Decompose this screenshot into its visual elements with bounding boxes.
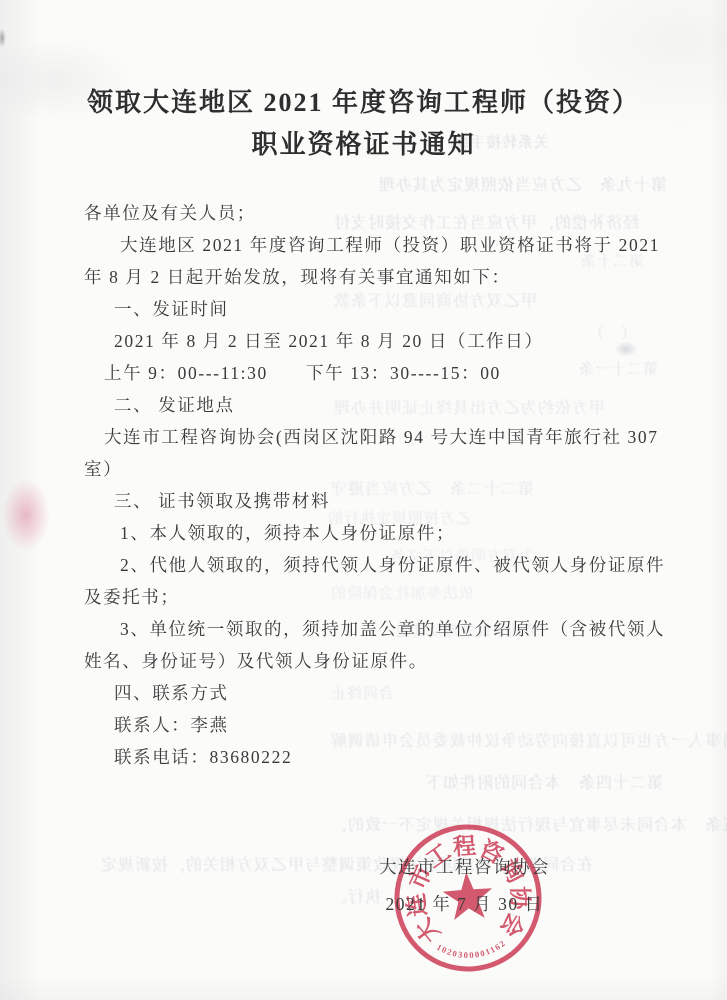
title-line-1: 领取大连地区 2021 年度咨询工程师（投资）: [0, 82, 727, 124]
bleed-text: 第二十四条 本合同的附件如下: [425, 770, 663, 793]
signature-org: 大连市工程咨询协会: [342, 854, 587, 879]
signature-date: 2021 年 7 月 30 日: [342, 891, 587, 916]
body-line: 二、 发证地点: [114, 389, 676, 421]
body-line: 及委托书；: [84, 581, 676, 613]
body-line: 3、单位统一领取的，须持加盖公章的单位介绍原件（含被代领人: [120, 613, 676, 645]
body-line: 2、代他人领取的，须持代领人身份证原件、被代领人身份证原件: [120, 549, 676, 581]
bleed-text: 第十九条 乙方应当依照规定为其办理: [378, 172, 667, 195]
body-line: 大连地区 2021 年度咨询工程师（投资）职业资格证书将于 2021: [120, 229, 676, 261]
body-line: 大连市工程咨询协会(西岗区沈阳路 94 号大连中国青年旅行社 307: [104, 421, 676, 453]
body-line: 上午 9：00---11:30 下午 13：30----15：00: [104, 357, 676, 389]
body-line: 年 8 月 2 日起开始发放，现将有关事宜通知如下：: [84, 261, 676, 293]
body-line: 联系电话：83680222: [114, 741, 676, 773]
body-line: 三、 证书领取及携带材料: [114, 485, 676, 517]
body-line: 姓名、身份证号）及代领人身份证原件。: [84, 645, 676, 677]
body-line: 2021 年 8 月 2 日至 2021 年 8 月 20 日（工作日）: [114, 325, 676, 357]
title-line-2: 职业资格证书通知: [0, 124, 727, 166]
body-line: 各单位及有关人员；: [84, 197, 676, 229]
body-line: 联系人：李燕: [114, 709, 676, 741]
body-line: 1、本人领取的，须持本人身份证原件；: [120, 517, 676, 549]
scanned-notice-page: 关系转接手续。第十九条 乙方应当依照规定为其办理经济补偿的，甲方应当在工作交接时…: [0, 0, 727, 1000]
body-line: 室）: [84, 453, 676, 485]
page-title: 领取大连地区 2021 年度咨询工程师（投资） 职业资格证书通知: [0, 82, 727, 166]
body-line: 四、联系方式: [114, 677, 676, 709]
body-line: 一、发证时间: [114, 293, 676, 325]
body-text: 各单位及有关人员；大连地区 2021 年度咨询工程师（投资）职业资格证书将于 2…: [84, 197, 676, 773]
